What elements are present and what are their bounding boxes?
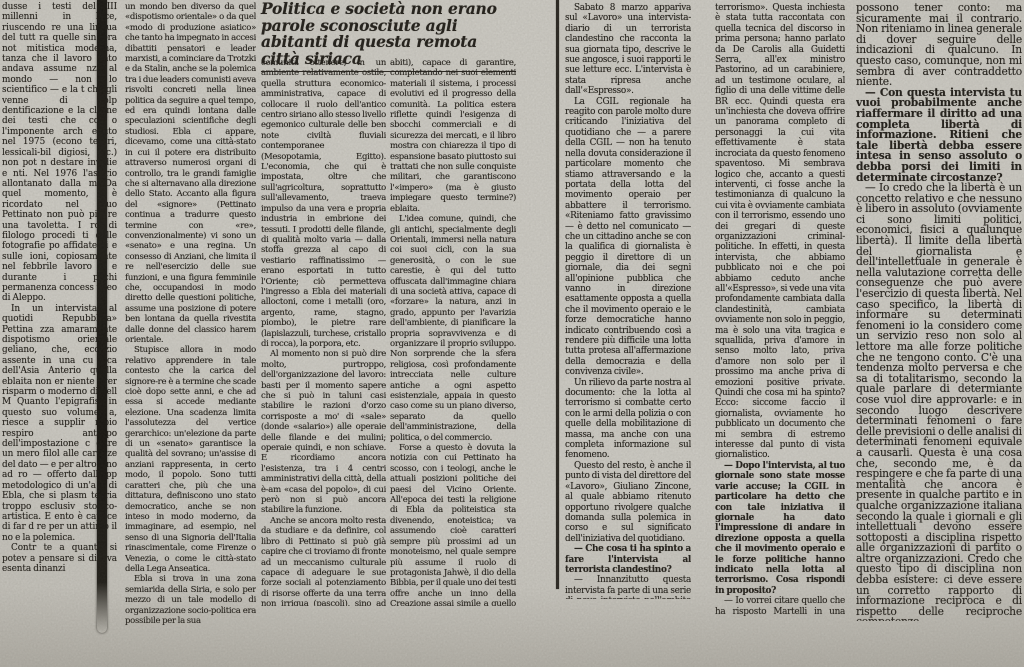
paragraph: — Con questa intervista tu vuoi probabil…: [856, 88, 1022, 183]
paragraph: un mondo ben diverso da quel «dispotismo…: [125, 2, 256, 345]
paragraph: Ebla si trova in una zona semiarida dell…: [125, 574, 256, 626]
paragraph: — Che cosa ti ha spinto a fare l'intervi…: [565, 544, 691, 575]
article-divider-rule: [556, 0, 559, 589]
paragraph: Stupisce allora in modo relativo apprend…: [125, 345, 256, 574]
article-ebla-column-2: un mondo ben diverso da quel «dispotismo…: [125, 2, 256, 628]
paragraph: — Dopo l'intervista, al tuo giornale son…: [715, 461, 845, 596]
paragraph: — Io vorrei citare quello che ha rispost…: [715, 596, 845, 617]
newspaper-page-scan: dusse i testi del III millenni in luce, …: [0, 0, 1024, 667]
paragraph: Forse a questo è dovuta la notizia con c…: [390, 443, 516, 606]
paragraph: Questo del resto, è anche il punto di vi…: [565, 461, 691, 544]
paragraph: L'idea comune, quindi, che gli antichi, …: [390, 214, 516, 443]
paragraph: terrorismo». Questa inchiesta è stata tu…: [715, 3, 845, 461]
paragraph: Al momento non si può dire molto, purtro…: [261, 349, 386, 516]
article-interview-column-1: Sabato 8 marzo appariva sul «Lavoro» una…: [565, 3, 691, 599]
article-ebla-column-4: abiti), capace di garantire, completando…: [390, 58, 516, 606]
paragraph: La CGIL regionale ha reagito con parole …: [565, 97, 691, 378]
paragraph: comunità ottenere, in un ambiente relati…: [261, 58, 386, 349]
paragraph: Un rilievo da parte nostra al documento:…: [565, 378, 691, 461]
paragraph: abiti), capace di garantire, completando…: [390, 58, 516, 214]
paragraph: Sabato 8 marzo appariva sul «Lavoro» una…: [565, 3, 691, 97]
article-interview-column-2: terrorismo». Questa inchiesta è stata tu…: [715, 3, 845, 617]
paragraph: possono tener conto: ma sicuramente mai …: [856, 3, 1022, 88]
paragraph: — Io credo che la libertà è un concetto …: [856, 183, 1022, 621]
paragraph: — Innanzitutto questa intervista fa part…: [565, 575, 691, 599]
article-ebla-column-3: comunità ottenere, in un ambiente relati…: [261, 58, 386, 606]
article-interview-column-3: possono tener conto: ma sicuramente mai …: [856, 3, 1022, 621]
paragraph: Anche se ancora molto resta da studiare …: [261, 516, 386, 606]
scan-fold-line-artifact: [97, 0, 107, 633]
